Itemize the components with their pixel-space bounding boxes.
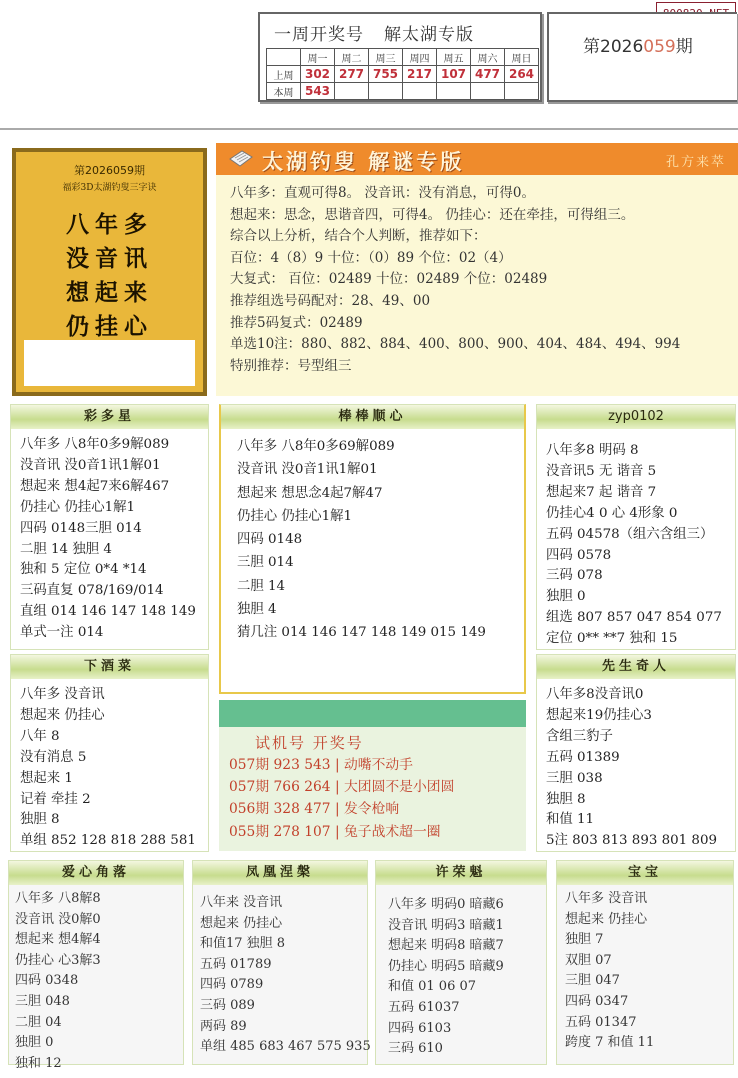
- box-line: 独胆 8: [546, 790, 727, 811]
- box-line: 想起来 1: [20, 769, 200, 790]
- box-line: 三码直复 078/169/014: [20, 581, 200, 602]
- box-line: 八年多 八8年0多9解089: [20, 435, 200, 456]
- box-line: 想起来 仍挂心: [565, 910, 725, 931]
- analysis-line: 八年多：直观可得8。 没音讯：没有消息，可得0。: [230, 183, 738, 205]
- box-line: 没有消息 5: [20, 748, 200, 769]
- analysis-text: 八年多：直观可得8。 没音讯：没有消息，可得0。 想起来：思念，思谐音四，可得4…: [230, 183, 738, 377]
- box-line: 仍挂心4 0 心 4形象 0: [546, 504, 727, 525]
- corner-cell: [267, 49, 301, 66]
- box-line: 仍挂心 仍挂心1解1: [20, 498, 200, 519]
- weekly-results-table: 周一 周二 周三 周四 周五 周六 周日 上周 302 277 755 217 …: [266, 48, 539, 100]
- header-divider: [0, 128, 738, 130]
- box-line: 单组 852 128 818 288 581: [20, 831, 200, 852]
- day-header: 周五: [437, 49, 471, 66]
- trial-header: 试机号 开奖号: [255, 732, 364, 753]
- trial-row: 057期 766 264 | 大团圆不是小团圆: [229, 776, 454, 798]
- box-line: 五码 61037: [388, 998, 538, 1019]
- issue-number: 第2026059期: [583, 32, 693, 57]
- box-line: 四码 6103: [388, 1019, 538, 1040]
- analysis-line: 综合以上分析，结合个人判断，推荐如下：: [230, 226, 738, 248]
- analysis-title: 太湖钓叟 解谜专版: [262, 146, 464, 176]
- analysis-author: 孔方来萃: [666, 151, 726, 170]
- box-baobao: 宝宝 八年多 没音讯 想起来 仍挂心 独胆 7 双胆 07 三胆 047 四码 …: [556, 860, 734, 1065]
- result-cell: 107: [437, 66, 471, 83]
- box-line: 记着 牵挂 2: [20, 790, 200, 811]
- day-header: 周一: [301, 49, 335, 66]
- weekly-subtitle: 解太湖专版: [384, 25, 474, 45]
- box-line: 四码 0348: [15, 971, 175, 992]
- box-line: 含组三豹子: [546, 727, 727, 748]
- issue-prefix: 第2026: [583, 37, 643, 57]
- day-header: 周六: [471, 49, 505, 66]
- box-zyp0102: zyp0102 八年多8 明码 8 没音讯5 无 谐音 5 想起来7 起 谐音 …: [536, 404, 736, 650]
- box-line: 跨度 7 和值 11: [565, 1033, 725, 1054]
- box-line: 独胆 8: [20, 810, 200, 831]
- issue-panel: 第2026059期: [547, 12, 737, 102]
- result-cell: [369, 83, 403, 100]
- result-cell: 217: [403, 66, 437, 83]
- result-cell: 543: [301, 83, 335, 100]
- box-line: 5注 803 813 893 801 809: [546, 831, 727, 852]
- box-line: 想起来 想4解4: [15, 930, 175, 951]
- box-line: 八年来 没音讯: [200, 893, 359, 914]
- box-line: 想起来19仍挂心3: [546, 706, 727, 727]
- box-line: 独和 5 定位 0*4 *14: [20, 560, 200, 581]
- box-line: 二胆 04: [15, 1013, 175, 1034]
- box-line: 三码 610: [388, 1039, 538, 1060]
- box-line: 独胆 0: [546, 587, 727, 608]
- riddle-poem-panel: 第2026059期 福彩3D太湖钓叟三字诀 八年多 没音讯 想起来 仍挂心: [12, 148, 207, 396]
- box-line: 仍挂心 心3解3: [15, 951, 175, 972]
- box-title: 下酒菜: [11, 655, 208, 679]
- box-line: 和值 11: [546, 810, 727, 831]
- trial-row: 057期 923 543 | 动嘴不动手: [229, 754, 454, 776]
- box-line: 独胆 4: [237, 598, 516, 621]
- box-line: 八年多 明码0 暗藏6: [388, 895, 538, 916]
- box-xiansheng: 先生奇人 八年多8没音讯0 想起来19仍挂心3 含组三豹子 五码 01389 三…: [536, 654, 736, 852]
- box-line: 没音讯 没0音1讯1解01: [237, 458, 516, 481]
- box-line: 八年多 八8年0多69解089: [237, 435, 516, 458]
- box-line: 四码 0347: [565, 992, 725, 1013]
- trial-row: 055期 278 107 | 兔子战术超一圈: [229, 821, 454, 843]
- box-line: 想起来 仍挂心: [200, 914, 359, 935]
- result-cell: [505, 83, 539, 100]
- book-icon: [228, 149, 254, 169]
- poem-line: 八年多: [16, 206, 203, 239]
- result-cell: [335, 83, 369, 100]
- box-line: 没音讯5 无 谐音 5: [546, 462, 727, 483]
- result-cell: [471, 83, 505, 100]
- box-line: 八年多 没音讯: [565, 889, 725, 910]
- issue-highlight: 059: [643, 37, 675, 57]
- box-line: 和值17 独胆 8: [200, 934, 359, 955]
- analysis-line: 百位：4（8）9 十位：（0）89 个位：02（4）: [230, 248, 738, 270]
- box-title: 爱心角落: [9, 861, 183, 885]
- box-line: 独和 12: [15, 1054, 175, 1075]
- box-line: 四码 0578: [546, 546, 727, 567]
- result-cell: 477: [471, 66, 505, 83]
- box-title: 许荣魁: [376, 861, 546, 885]
- box-line: 没音讯 明码3 暗藏1: [388, 916, 538, 937]
- box-line: 三胆 048: [15, 992, 175, 1013]
- box-line: 组选 807 857 047 854 077: [546, 608, 727, 629]
- box-title: zyp0102: [537, 405, 735, 429]
- day-header: 周三: [369, 49, 403, 66]
- analysis-line: 推荐组选号码配对：28、49、00: [230, 291, 738, 313]
- box-fenghuang: 凤凰涅槃 八年来 没音讯 想起来 仍挂心 和值17 独胆 8 五码 01789 …: [192, 860, 368, 1065]
- box-title: 棒棒顺心: [221, 405, 524, 429]
- box-line: 五码 04578（组六含组三）: [546, 525, 727, 546]
- box-line: 想起来 明码8 暗藏7: [388, 936, 538, 957]
- blank-area: [24, 340, 195, 386]
- box-line: 四码 0789: [200, 975, 359, 996]
- result-cell: 755: [369, 66, 403, 83]
- box-caiduoxing: 彩多星 八年多 八8年0多9解089 没音讯 没0音1讯1解01 想起来 想4起…: [10, 404, 209, 650]
- box-line: 三胆 047: [565, 971, 725, 992]
- poem-line: 没音讯: [16, 240, 203, 273]
- analysis-line: 推荐5码复式：02489: [230, 313, 738, 335]
- box-line: 想起来 仍挂心: [20, 706, 200, 727]
- analysis-line: 单选10注：880、882、884、400、800、900、404、484、49…: [230, 334, 738, 356]
- box-line: 独胆 7: [565, 930, 725, 951]
- box-line: 八年多8没音讯0: [546, 685, 727, 706]
- table-row: 本周 543: [267, 83, 539, 100]
- box-line: 四码 0148三胆 014: [20, 519, 200, 540]
- weekly-title: 一周开奖号解太湖专版: [274, 20, 474, 45]
- box-line: 五码 01789: [200, 955, 359, 976]
- box-line: 五码 01347: [565, 1013, 725, 1034]
- trial-header-bar: [219, 700, 526, 727]
- result-cell: 302: [301, 66, 335, 83]
- day-header: 周二: [335, 49, 369, 66]
- box-line: 八年多 八8解8: [15, 889, 175, 910]
- poem-line: 想起来: [16, 274, 203, 307]
- box-line: 定位 0** **7 独和 15: [546, 629, 727, 650]
- poem-subtitle: 福彩3D太湖钓叟三字诀: [16, 180, 203, 193]
- table-header-row: 周一 周二 周三 周四 周五 周六 周日: [267, 49, 539, 66]
- box-line: 猜几注 014 146 147 148 149 015 149: [237, 621, 516, 644]
- box-line: 双胆 07: [565, 951, 725, 972]
- box-title: 宝宝: [557, 861, 733, 885]
- box-bangbang: 棒棒顺心 八年多 八8年0多69解089 没音讯 没0音1讯1解01 想起来 想…: [219, 404, 526, 694]
- box-line: 两码 89: [200, 1017, 359, 1038]
- row-label: 本周: [267, 83, 301, 100]
- box-line: 三码 078: [546, 566, 727, 587]
- result-cell: 277: [335, 66, 369, 83]
- box-line: 八年 8: [20, 727, 200, 748]
- box-line: 二胆 14: [237, 575, 516, 598]
- box-title: 先生奇人: [537, 655, 735, 679]
- box-line: 想起来7 起 谐音 7: [546, 483, 727, 504]
- box-aixin: 爱心角落 八年多 八8解8 没音讯 没0解0 想起来 想4解4 仍挂心 心3解3…: [8, 860, 184, 1065]
- box-line: 三胆 014: [237, 551, 516, 574]
- box-line: 三胆 038: [546, 769, 727, 790]
- box-line: 直组 014 146 147 148 149: [20, 602, 200, 623]
- row-label: 上周: [267, 66, 301, 83]
- box-line: 想起来 想4起7来6解467: [20, 477, 200, 498]
- box-line: 仍挂心 仍挂心1解1: [237, 505, 516, 528]
- box-line: 二胆 14 独胆 4: [20, 540, 200, 561]
- analysis-line: 想起来：思念，思谐音四，可得4。 仍挂心：还在牵挂，可得组三。: [230, 205, 738, 227]
- day-header: 周四: [403, 49, 437, 66]
- box-line: 八年多8 明码 8: [546, 441, 727, 462]
- box-line: 单式一注 014: [20, 623, 200, 644]
- poem-issue: 第2026059期: [16, 162, 203, 178]
- box-line: 单组 485 683 467 575 935: [200, 1037, 359, 1058]
- analysis-panel: 太湖钓叟 解谜专版 孔方来萃 八年多：直观可得8。 没音讯：没有消息，可得0。 …: [216, 143, 738, 396]
- box-line: 三码 089: [200, 996, 359, 1017]
- analysis-header: 太湖钓叟 解谜专版 孔方来萃: [216, 143, 738, 175]
- trial-numbers-panel: 试机号 开奖号 057期 923 543 | 动嘴不动手 057期 766 26…: [219, 727, 526, 851]
- table-row: 上周 302 277 755 217 107 477 264: [267, 66, 539, 83]
- box-line: 和值 01 06 07: [388, 977, 538, 998]
- box-line: 五码 01389: [546, 748, 727, 769]
- box-title: 彩多星: [11, 405, 208, 429]
- weekly-title-text: 一周开奖号: [274, 25, 364, 45]
- result-cell: [403, 83, 437, 100]
- box-line: 想起来 想思念4起7解47: [237, 482, 516, 505]
- analysis-line: 大复式： 百位：02489 十位：02489 个位：02489: [230, 269, 738, 291]
- box-line: 四码 0148: [237, 528, 516, 551]
- box-xurongkui: 许荣魁 八年多 明码0 暗藏6 没音讯 明码3 暗藏1 想起来 明码8 暗藏7 …: [375, 860, 547, 1065]
- weekly-results-panel: 一周开奖号解太湖专版 周一 周二 周三 周四 周五 周六 周日 上周 302 2…: [258, 12, 542, 102]
- box-line: 没音讯 没0解0: [15, 910, 175, 931]
- box-line: 独胆 0: [15, 1033, 175, 1054]
- poem-line: 仍挂心: [16, 308, 203, 341]
- day-header: 周日: [505, 49, 539, 66]
- trial-row: 056期 328 477 | 发令枪响: [229, 798, 454, 820]
- analysis-line: 特别推荐：号型组三: [230, 356, 738, 378]
- result-cell: [437, 83, 471, 100]
- box-line: 仍挂心 明码5 暗藏9: [388, 957, 538, 978]
- issue-suffix: 期: [676, 37, 693, 57]
- box-xiajiucai: 下酒菜 八年多 没音讯 想起来 仍挂心 八年 8 没有消息 5 想起来 1 记着…: [10, 654, 209, 852]
- box-title: 凤凰涅槃: [193, 861, 367, 885]
- box-line: 没音讯 没0音1讯1解01: [20, 456, 200, 477]
- box-line: 八年多 没音讯: [20, 685, 200, 706]
- result-cell: 264: [505, 66, 539, 83]
